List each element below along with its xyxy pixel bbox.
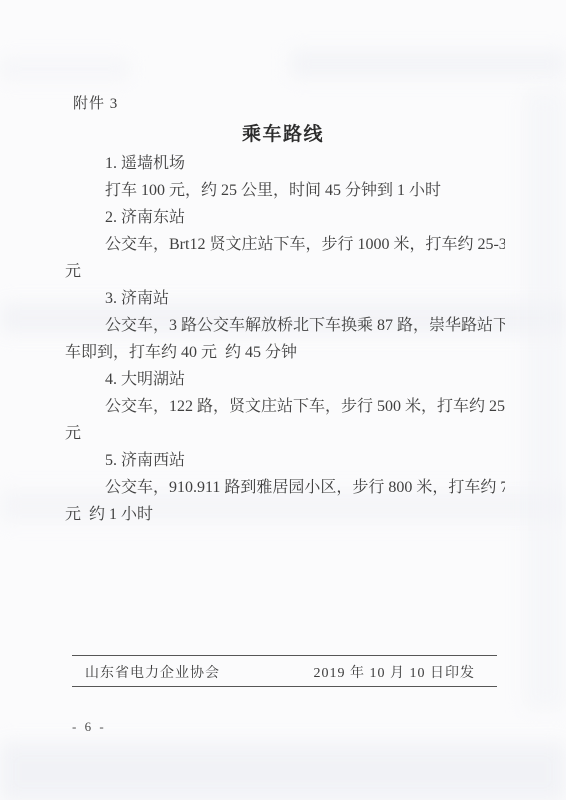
route-2-detail-line-2: 元 [65, 258, 505, 285]
footer-rule-bottom [72, 686, 497, 687]
route-1-heading: 1. 遥墙机场 [65, 150, 505, 177]
route-3-detail-line-2: 车即到，打车约 40 元 约 45 分钟 [65, 339, 505, 366]
route-4-detail-line-1: 公交车，122 路，贤文庄站下车，步行 500 米，打车约 25 [65, 393, 505, 420]
footer-rule-top [72, 655, 497, 656]
footer-row: 山东省电力企业协会 2019 年 10 月 10 日印发 [72, 662, 497, 682]
scanned-document-page: 附件 3 乘车路线 1. 遥墙机场 打车 100 元，约 25 公里，时间 45… [0, 0, 566, 800]
attachment-label: 附件 3 [73, 92, 118, 113]
scan-shade [0, 742, 566, 800]
footer-issuer: 山东省电力企业协会 [85, 662, 220, 682]
document-title: 乘车路线 [65, 119, 501, 146]
scan-shade [524, 90, 566, 710]
scan-shade [290, 50, 566, 78]
route-5-detail-line-1: 公交车，910.911 路到雅居园小区，步行 800 米，打车约 70 [65, 474, 505, 501]
route-3-heading: 3. 济南站 [65, 285, 505, 312]
document-body: 1. 遥墙机场 打车 100 元，约 25 公里，时间 45 分钟到 1 小时 … [65, 150, 505, 528]
scan-shade [0, 58, 130, 80]
route-1-detail: 打车 100 元，约 25 公里，时间 45 分钟到 1 小时 [65, 177, 505, 204]
route-2-heading: 2. 济南东站 [65, 204, 505, 231]
footer-issue-date: 2019 年 10 月 10 日印发 [314, 662, 476, 682]
route-4-detail-line-2: 元 [65, 420, 505, 447]
route-4-heading: 4. 大明湖站 [65, 366, 505, 393]
route-5-detail-line-2: 元 约 1 小时 [65, 501, 505, 528]
route-3-detail-line-1: 公交车，3 路公交车解放桥北下车换乘 87 路，崇华路站下 [65, 312, 505, 339]
page-number: - 6 - [72, 719, 106, 735]
route-2-detail-line-1: 公交车，Brt12 贤文庄站下车，步行 1000 米，打车约 25-30 [65, 231, 505, 258]
route-5-heading: 5. 济南西站 [65, 447, 505, 474]
